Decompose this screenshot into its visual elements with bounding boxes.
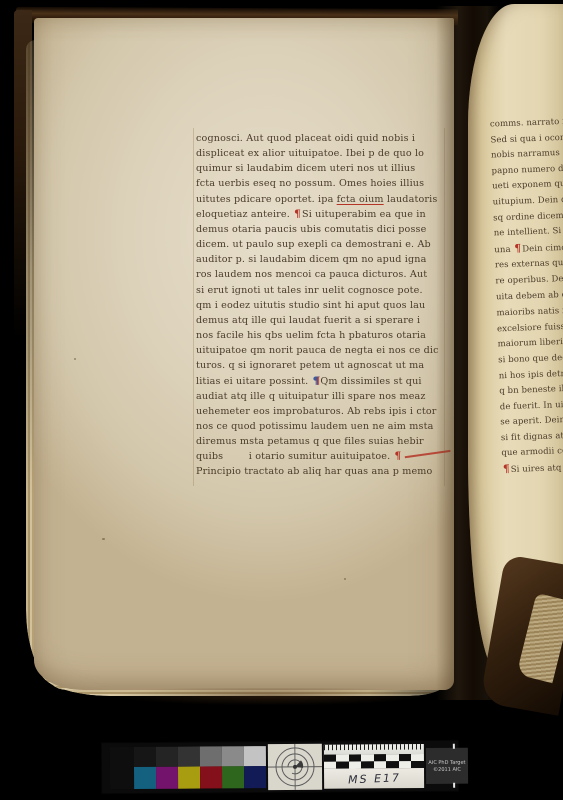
gray-patch [178, 747, 200, 767]
manuscript-line: si bono que dederit [498, 350, 563, 368]
manuscript-line: audiat atq ille q uituipatur illi spare … [196, 389, 446, 404]
registration-tick [453, 783, 455, 788]
text-ruling-line-left [193, 128, 194, 486]
gray-patch [134, 747, 156, 767]
color-patch [178, 767, 200, 789]
manuscript-line: uitutes pdicare oportet. ipa fcta oium l… [196, 192, 446, 207]
manuscript-line: nos ce quod potissimu laudem uen ne aim … [196, 419, 446, 434]
manuscript-line: auditor p. si laudabim dicem qm no apud … [196, 252, 446, 267]
ruler-section: MS E17 [324, 744, 424, 789]
gray-patch [156, 747, 178, 767]
manuscript-line: si erut ignoti ut tales inr uelit cognos… [196, 283, 446, 298]
color-patch [134, 767, 156, 789]
color-patch [156, 767, 178, 789]
manuscript-line: qm i eodez uitutis studio sint hi aput q… [196, 298, 446, 313]
color-patch [200, 766, 222, 788]
ruler-ticks [324, 744, 424, 755]
pilcrow-red: ¶ [395, 450, 402, 462]
aic-phd-calibration-target: MS E17 AIC PhD Target ©2011 AIC [102, 741, 458, 793]
manuscript-line: turos. q si ignoraret petem ut agnoscat … [196, 358, 446, 373]
black-reference-patch [110, 747, 134, 789]
book-shadow [60, 688, 480, 714]
manuscript-line: quibs i otario sumitur auituipatoe. ¶ [196, 449, 446, 464]
color-patch [244, 766, 266, 788]
manuscript-line: ros laudem nos mencoi ca pauca dicturos.… [196, 267, 446, 282]
focus-target [268, 744, 322, 790]
pilcrow-blue: ¶ [313, 375, 320, 387]
manuscript-line: maioribs natis fit ¶ [496, 303, 563, 322]
patch-column [200, 746, 222, 788]
patch-column [156, 747, 178, 789]
gray-patch [244, 746, 266, 766]
manuscript-line: q bn beneste ibonis [499, 382, 563, 400]
parchment-speck [74, 358, 76, 360]
manuscript-line: uehemeter eos improbaturos. Ab rebs ipis… [196, 404, 446, 419]
target-credit-line2: ©2011 AIC [433, 766, 461, 772]
manuscript-line: ¶Si uires atq uelo [502, 460, 563, 479]
manuscript-line: quimur si laudabim dicem uteri nos ut il… [196, 161, 446, 176]
manuscript-line: eloquetiaz anteire. ¶Si uituperabim ea q… [196, 207, 446, 222]
manuscript-line: demus atq ille qui laudat fuerit a si sp… [196, 313, 446, 328]
pilcrow-red: ¶ [514, 242, 521, 254]
right-page-text-block: comms. narrato no tSed si qua i ocone ai… [490, 115, 563, 479]
parchment-speck [102, 538, 105, 540]
digitization-photo: cognosci. Aut quod placeat oidi quid nob… [0, 0, 563, 800]
patch-column [178, 747, 200, 789]
patch-column [222, 746, 244, 788]
patch-column [134, 747, 156, 789]
manuscript-line: Principio tractato ab aliq har quas ana … [196, 464, 446, 479]
manuscript-line: litias ei uitare possint. ¶Qm dissimiles… [196, 374, 446, 389]
color-patch [222, 766, 244, 788]
shelfmark-handwritten: MS E17 [347, 771, 400, 786]
manuscript-line: fcta uerbis eseq no possum. Omes hoies i… [196, 176, 446, 191]
patch-columns [134, 746, 266, 789]
manuscript-line: diremus msta petamus q que files suias h… [196, 434, 446, 449]
left-page-text-block: cognosci. Aut quod placeat oidi quid nob… [196, 131, 446, 480]
pilcrow-red: ¶ [503, 463, 510, 475]
manuscript-line: cognosci. Aut quod placeat oidi quid nob… [196, 131, 446, 146]
manuscript-line: uituipatoe qm norit pauca de negta ei no… [196, 343, 446, 358]
patch-column [244, 746, 266, 788]
manuscript-line: uitupium. Dein quoq [492, 193, 563, 211]
gray-patch [222, 746, 244, 766]
manuscript-line: nos facile his qbs uelim fcta h pbaturos… [196, 328, 446, 343]
registration-tick [453, 744, 455, 749]
shelfmark-label-strip: MS E17 [324, 768, 424, 789]
parchment-speck [344, 578, 346, 580]
target-credit-patch: AIC PhD Target ©2011 AIC [426, 748, 468, 784]
focus-target-icon [268, 744, 322, 790]
gray-patch [200, 746, 222, 766]
manuscript-line: displiceat ex alior uituipatoe. Ibei p d… [196, 146, 446, 161]
manuscript-line: dicem. ut paulo sup exepli ca demostrani… [196, 237, 446, 252]
manuscript-line: re operibus. Deiz h [495, 272, 563, 290]
manuscript-line: demus otaria paucis ubis comutatis dici … [196, 222, 446, 237]
target-credit-line1: AIC PhD Target [428, 759, 465, 765]
pilcrow-red: ¶ [294, 208, 301, 220]
